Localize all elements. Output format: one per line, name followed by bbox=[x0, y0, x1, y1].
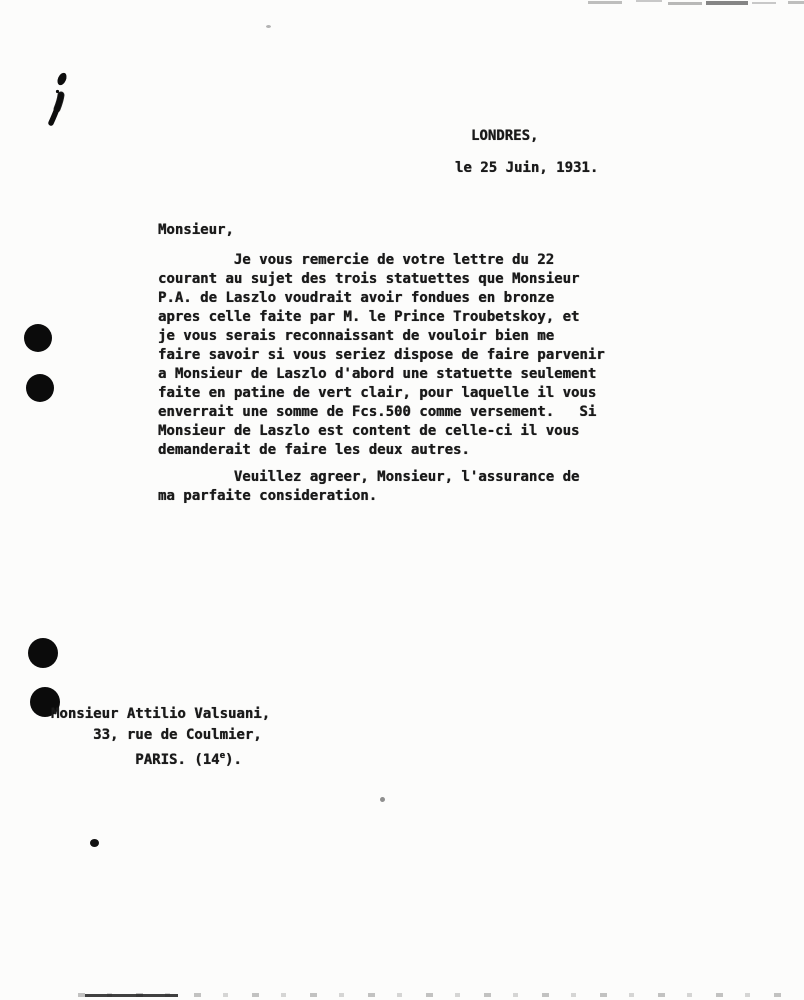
scan-scuff-top bbox=[706, 1, 748, 5]
date-line: le 25 Juin, 1931. bbox=[455, 159, 598, 178]
recipient-city-close: ). bbox=[225, 752, 242, 768]
scan-scuff-top bbox=[636, 0, 662, 2]
paragraph-2: Veuillez agreer, Monsieur, l'assurance d… bbox=[158, 468, 628, 506]
punch-hole bbox=[28, 638, 58, 668]
scan-speck bbox=[266, 25, 271, 28]
scan-scuff-top bbox=[788, 1, 804, 4]
scan-scuff-top bbox=[588, 1, 622, 4]
punch-hole bbox=[26, 374, 54, 402]
recipient-address: Monsieur Attilio Valsuani, 33, rue de Co… bbox=[51, 704, 270, 771]
scan-scuff-bottom bbox=[78, 993, 800, 997]
recipient-street: 33, rue de Coulmier, bbox=[51, 725, 270, 746]
city-line: LONDRES, bbox=[471, 127, 538, 146]
scan-scuff-top bbox=[668, 2, 702, 5]
punch-hole bbox=[24, 324, 52, 352]
recipient-city: PARIS. (14e). bbox=[51, 746, 270, 771]
scan-scuff-bottom-dark bbox=[85, 994, 178, 997]
scan-speck bbox=[380, 797, 385, 802]
handwritten-pen-mark bbox=[42, 58, 78, 130]
stray-ink-dot bbox=[90, 839, 99, 847]
letter-body: Monsieur, Je vous remercie de votre lett… bbox=[158, 221, 628, 506]
paragraph-1: Je vous remercie de votre lettre du 22 c… bbox=[158, 251, 628, 460]
scanned-letter-page: LONDRES, le 25 Juin, 1931. Monsieur, Je … bbox=[0, 0, 804, 1000]
recipient-city-text: PARIS. (14 bbox=[51, 752, 220, 768]
recipient-name: Monsieur Attilio Valsuani, bbox=[51, 704, 270, 725]
salutation: Monsieur, bbox=[158, 221, 628, 240]
scan-scuff-top bbox=[752, 2, 776, 4]
